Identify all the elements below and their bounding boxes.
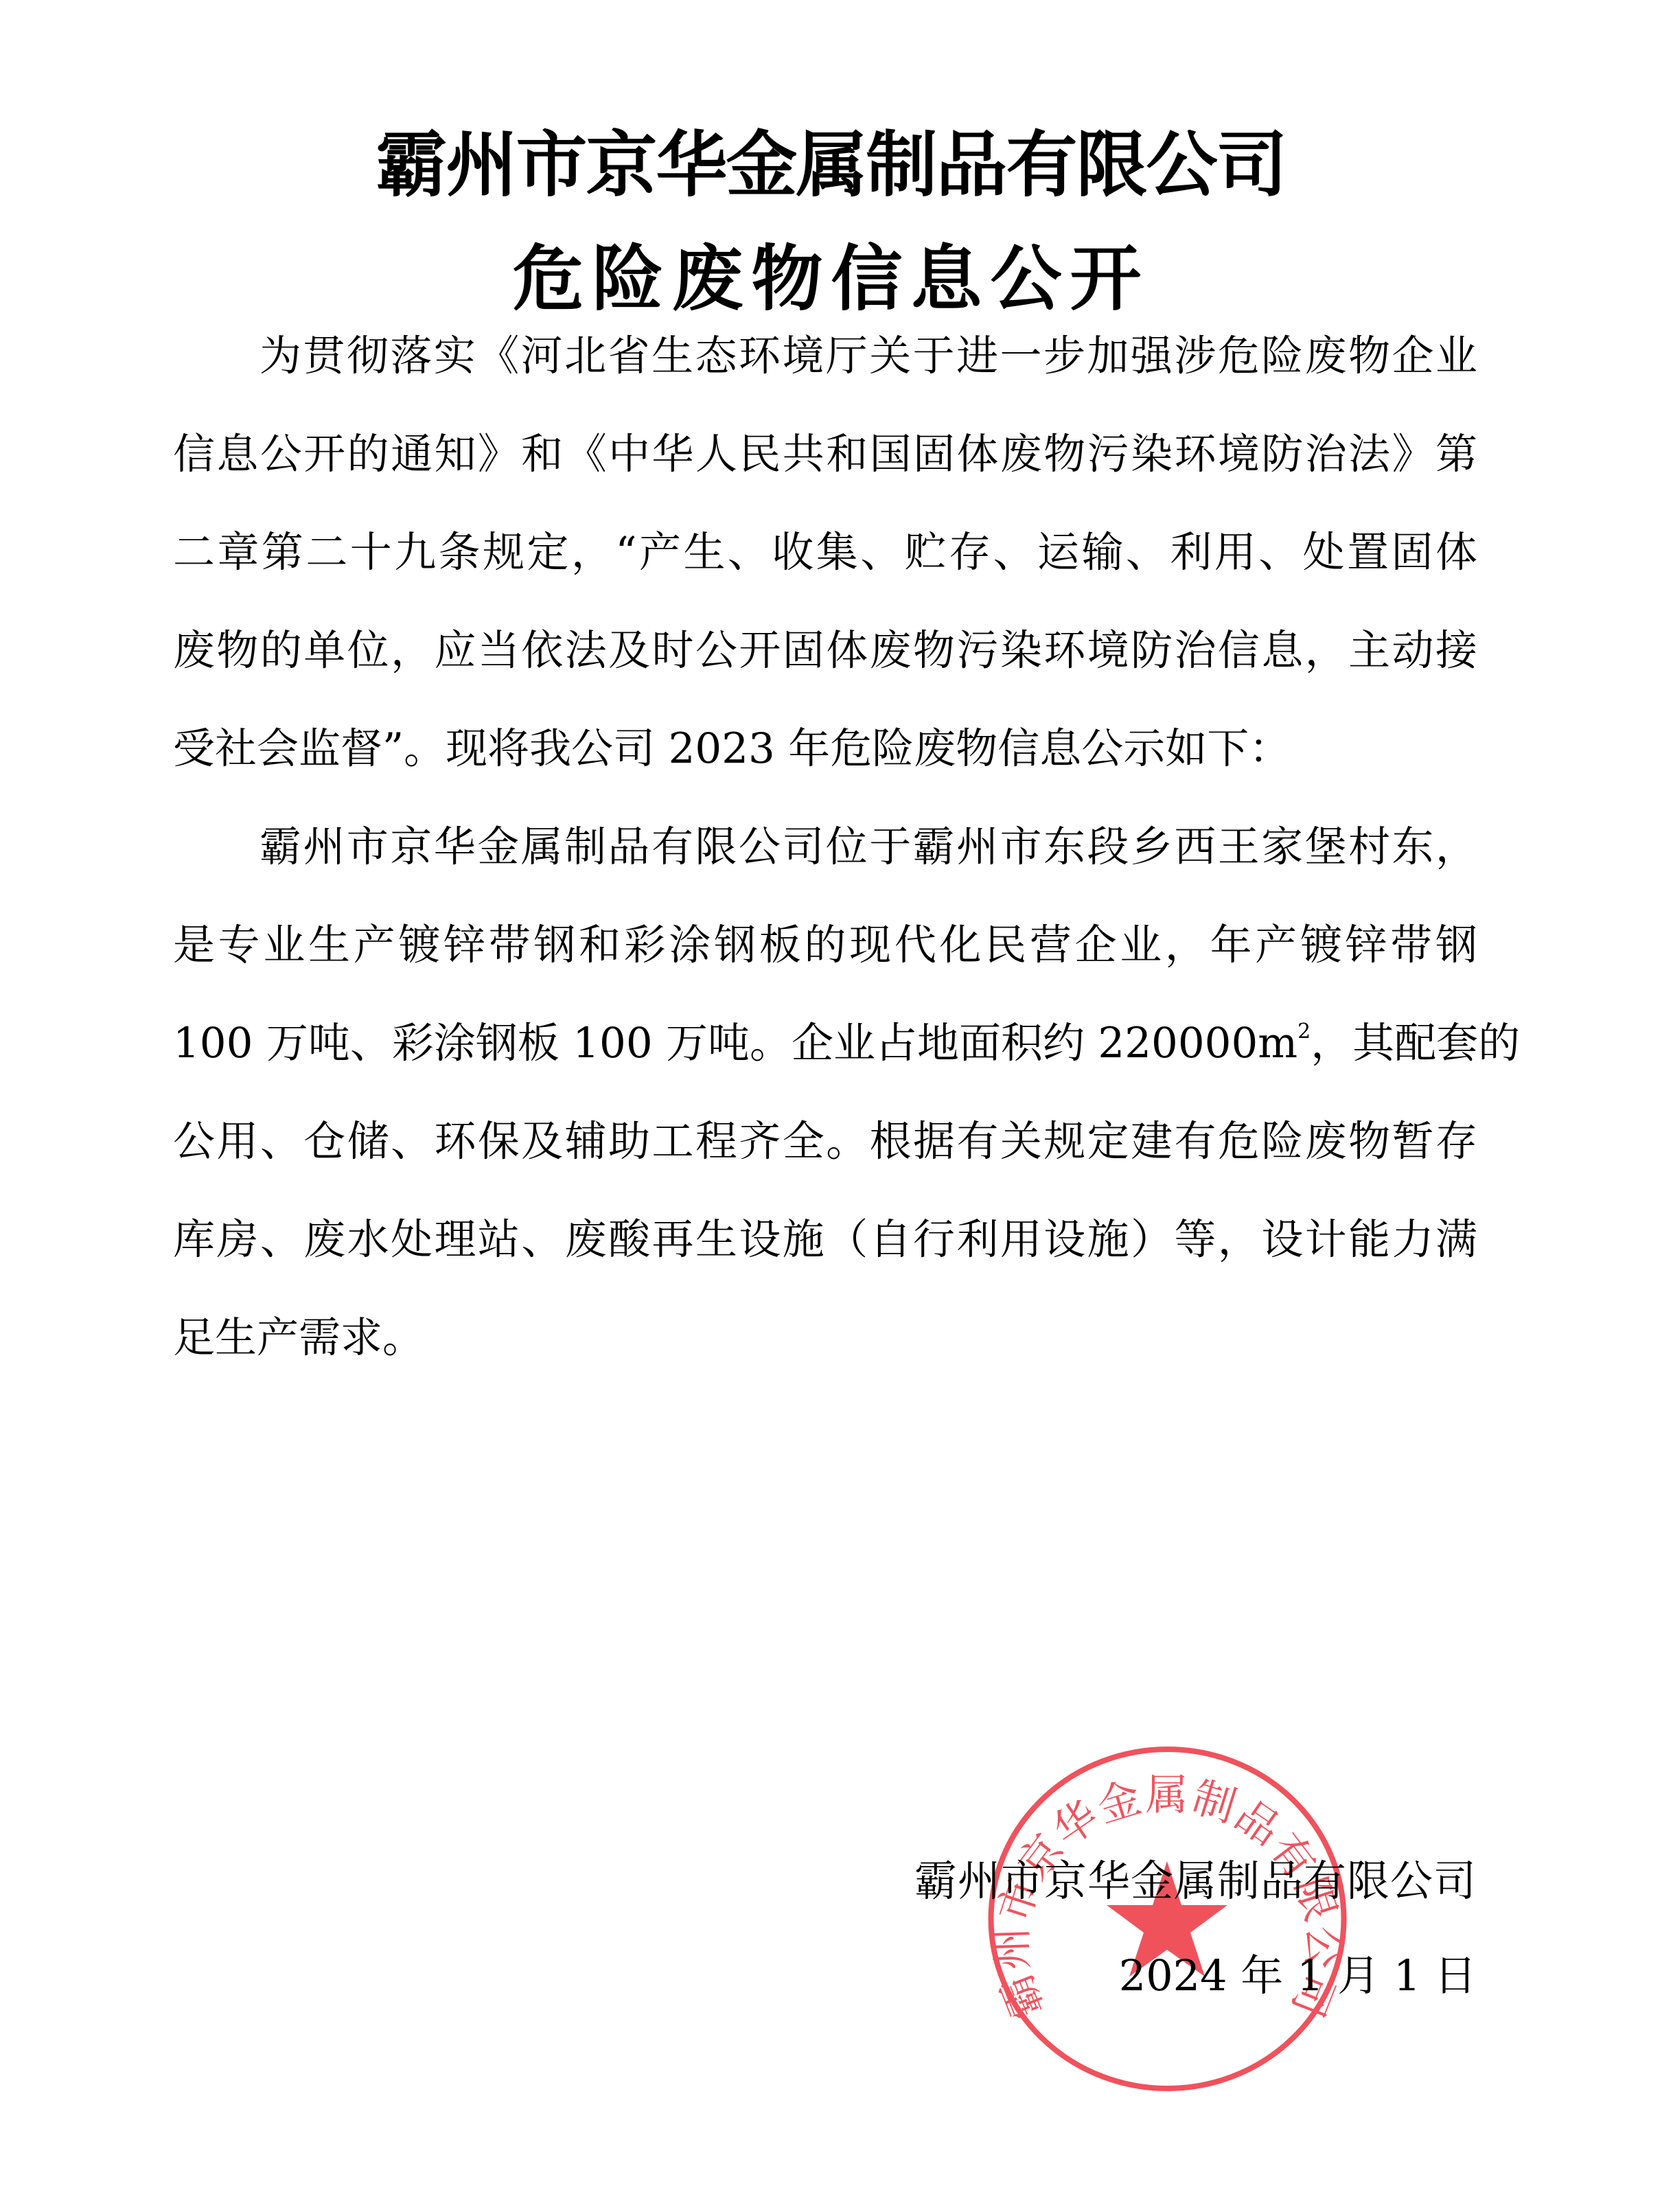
paragraph-line: 二章第二十九条规定，“产生、收集、贮存、运输、利用、处置固体: [173, 529, 1477, 577]
area-superscript: 2: [1297, 1019, 1311, 1044]
paragraph-line: 为贯彻落实《河北省生态环境厅关于进一步加强涉危险废物企业: [259, 332, 1477, 380]
paragraph-line: 霸州市京华金属制品有限公司位于霸州市东段乡西王家堡村东，: [259, 823, 1477, 871]
paragraph-line: 库房、废水处理站、废酸再生设施（自行利用设施）等，设计能力满: [173, 1216, 1477, 1264]
paragraph-line: 受社会监督”。现将我公司 2023 年危险废物信息公示如下：: [173, 725, 1477, 773]
signature-company: 霸州市京华金属制品有限公司: [914, 1857, 1477, 1905]
paragraph-line: 公用、仓储、环保及辅助工程齐全。根据有关规定建有危险废物暂存: [173, 1118, 1477, 1166]
paragraph-line-area: 100 万吨、彩涂钢板 100 万吨。企业占地面积约 220000m2，其配套的: [173, 1019, 1477, 1068]
company-seal: 霸州市京华金属制品有限公司: [987, 1746, 1348, 2092]
seal-ring: [991, 1749, 1344, 2088]
document-page: 霸州市京华金属制品有限公司 危险废物信息公开 为贯彻落实《河北省生态环境厅关于进…: [0, 0, 1662, 2212]
paragraph-line: 是专业生产镀锌带钢和彩涂钢板的现代化民营企业，年产镀锌带钢: [173, 921, 1477, 969]
document-title-company: 霸州市京华金属制品有限公司: [0, 124, 1662, 206]
area-tail: ，其配套的: [1311, 1019, 1520, 1068]
signature-date: 2024 年 1 月 1 日: [1119, 1952, 1477, 2000]
paragraph-line: 足生产需求。: [173, 1314, 1477, 1362]
document-title-subject: 危险废物信息公开: [0, 238, 1662, 320]
paragraph-line: 信息公开的通知》和《中华人民共和国固体废物污染环境防治法》第: [173, 430, 1477, 479]
area-text: 100 万吨、彩涂钢板 100 万吨。企业占地面积约 220000m: [173, 1019, 1297, 1068]
paragraph-line: 废物的单位，应当依法及时公开固体废物污染环境防治信息，主动接: [173, 627, 1477, 675]
